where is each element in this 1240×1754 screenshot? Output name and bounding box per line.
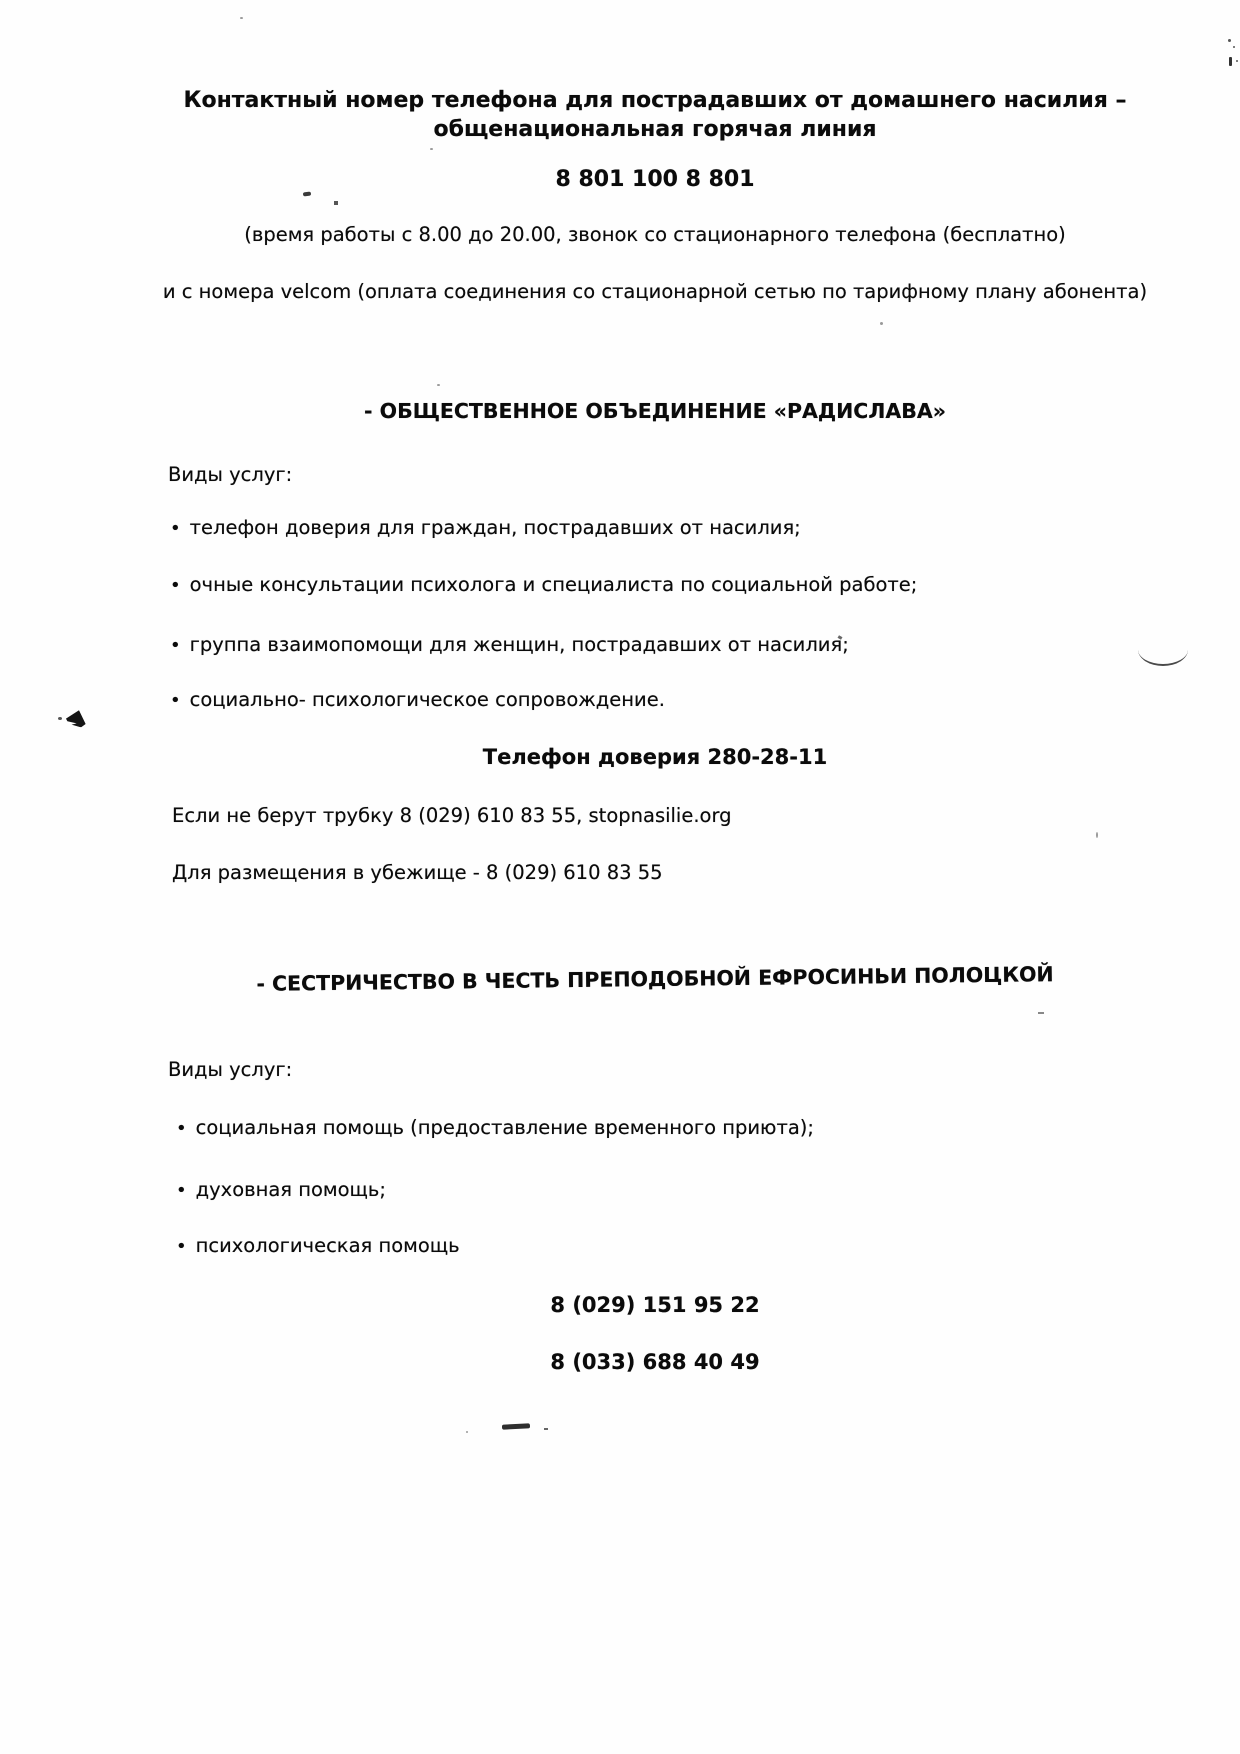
bullet-icon: • (176, 1181, 187, 1202)
bullet-icon: • (170, 691, 181, 712)
service-item: •духовная помощь; (176, 1179, 386, 1202)
scan-speck (1229, 57, 1232, 66)
service-item: •психологическая помощь (176, 1235, 460, 1258)
section-heading-radislava: - ОБЩЕСТВЕННОЕ ОБЪЕДИНЕНИЕ «РАДИСЛАВА» (0, 400, 1240, 424)
sisterhood-phone-1: 8 (029) 151 95 22 (0, 1293, 1240, 1317)
service-item: •социально- психологическое сопровождени… (170, 689, 665, 712)
services-label: Виды услуг: (168, 1059, 292, 1081)
service-item: •телефон доверия для граждан, пострадавш… (170, 517, 801, 540)
bullet-icon: • (170, 519, 181, 540)
service-item: •очные консультации психолога и специали… (170, 574, 917, 597)
service-item-text: социально- психологическое сопровождение… (190, 688, 665, 711)
sisterhood-phone-2: 8 (033) 688 40 49 (0, 1350, 1240, 1374)
scan-speck (430, 148, 433, 150)
scan-speck (1096, 832, 1098, 838)
service-item-text: группа взаимопомощи для женщин, пострада… (190, 633, 849, 656)
hotline-operator-note: и с номера velcom (оплата соединения со … (0, 281, 1240, 303)
scanned-document-page: Контактный номер телефона для пострадавш… (0, 0, 1240, 1754)
stray-arc-artifact (1138, 648, 1188, 666)
bullet-icon: • (170, 576, 181, 597)
document-title-line-2: общенациональная горячая линия (434, 117, 877, 142)
shelter-contact-note: Для размещения в убежище - 8 (029) 610 8… (172, 862, 663, 884)
scan-speck (1233, 46, 1235, 48)
bottom-dash-artifact (502, 1423, 530, 1429)
document-title-line-1: Контактный номер телефона для пострадавш… (183, 88, 1126, 113)
document-title: Контактный номер телефона для пострадавш… (0, 86, 1240, 144)
section-heading-sisterhood: - СЕСТРИЧЕСТВО В ЧЕСТЬ ПРЕПОДОБНОЙ ЕФРОС… (0, 960, 1240, 1000)
scan-speck (466, 1431, 468, 1433)
service-item-text: духовная помощь; (196, 1178, 386, 1201)
pen-mark-dot-artifact (58, 717, 62, 720)
fallback-contact-note: Если не берут трубку 8 (029) 610 83 55, … (172, 805, 732, 827)
service-item-text: психологическая помощь (196, 1234, 460, 1257)
scan-speck (1228, 39, 1231, 42)
service-item: •группа взаимопомощи для женщин, пострад… (170, 634, 849, 657)
scan-speck (1236, 60, 1238, 62)
service-item-text: телефон доверия для граждан, пострадавши… (190, 516, 801, 539)
scan-speck (334, 201, 338, 205)
bullet-icon: • (176, 1237, 187, 1258)
hotline-hours-note: (время работы с 8.00 до 20.00, звонок со… (0, 224, 1240, 246)
radislava-trust-phone: Телефон доверия 280-28-11 (0, 745, 1240, 769)
national-hotline-number: 8 801 100 8 801 (0, 167, 1240, 192)
pen-mark-artifact (65, 709, 86, 727)
service-item-text: социальная помощь (предоставление времен… (196, 1116, 814, 1139)
scan-speck (880, 322, 883, 325)
scan-speck (437, 384, 440, 386)
services-label: Виды услуг: (168, 464, 292, 486)
scan-speck (1038, 1012, 1044, 1014)
service-item: •социальная помощь (предоставление време… (176, 1117, 814, 1140)
bullet-icon: • (176, 1119, 187, 1140)
bullet-icon: • (170, 636, 181, 657)
service-item-text: очные консультации психолога и специалис… (190, 573, 918, 596)
scan-speck (240, 17, 243, 19)
scan-speck (544, 1428, 548, 1430)
